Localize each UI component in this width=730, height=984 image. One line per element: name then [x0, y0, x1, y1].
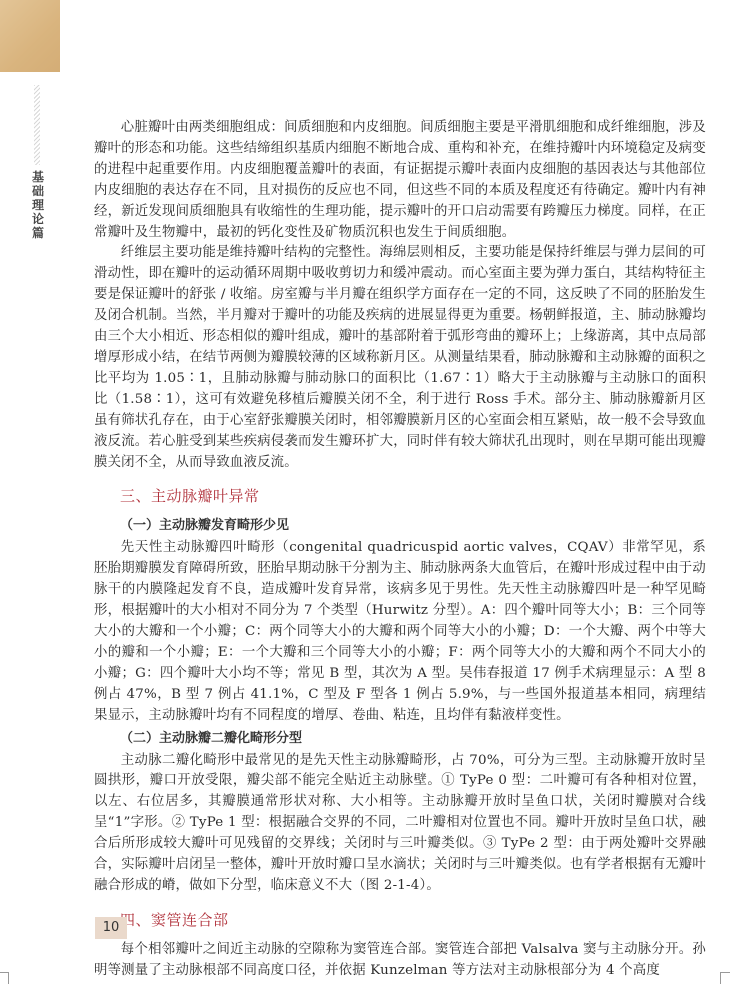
section-heading-aortic-leaflet-anomaly: 三、主动脉瓣叶异常: [120, 485, 706, 506]
corner-decoration: [0, 0, 60, 72]
paragraph-cells: 心脏瓣叶由两类细胞组成：间质细胞和内皮细胞。间质细胞主要是平滑肌细胞和成纤维细胞…: [94, 118, 706, 243]
paragraph-cqav: 先天性主动脉瓣四叶畸形（congenital quadricuspid aort…: [94, 538, 706, 726]
page-number: 10: [95, 917, 127, 939]
section-heading-sinotubular-junction: 四、窦管连合部: [120, 909, 706, 930]
crop-mark: [720, 972, 730, 984]
side-tab-label: 基础理论篇: [31, 170, 45, 240]
paragraph-bicuspid: 主动脉二瓣化畸形中最常见的是先天性主动脉瓣畸形，占 70%，可分为三型。主动脉瓣…: [94, 751, 706, 897]
crop-mark: [0, 972, 9, 984]
paragraph-sinotubular: 每个相邻瓣叶之间近主动脉的空隙称为窦管连合部。窦管连合部把 Valsalva 窦…: [94, 940, 706, 982]
page-body: 心脏瓣叶由两类细胞组成：间质细胞和内皮细胞。间质细胞主要是平滑肌细胞和成纤维细胞…: [94, 118, 706, 982]
side-hatch-decoration: [34, 85, 40, 165]
paragraph-fibrous-layer: 纤维层主要功能是维持瓣叶结构的完整性。海绵层则相反，主要功能是保持纤维层与弹力层…: [94, 243, 706, 473]
subheading-bicuspid-classification: （二）主动脉瓣二瓣化畸形分型: [120, 729, 706, 749]
subheading-developmental-malformation: （一）主动脉瓣发育畸形少见: [120, 516, 706, 536]
